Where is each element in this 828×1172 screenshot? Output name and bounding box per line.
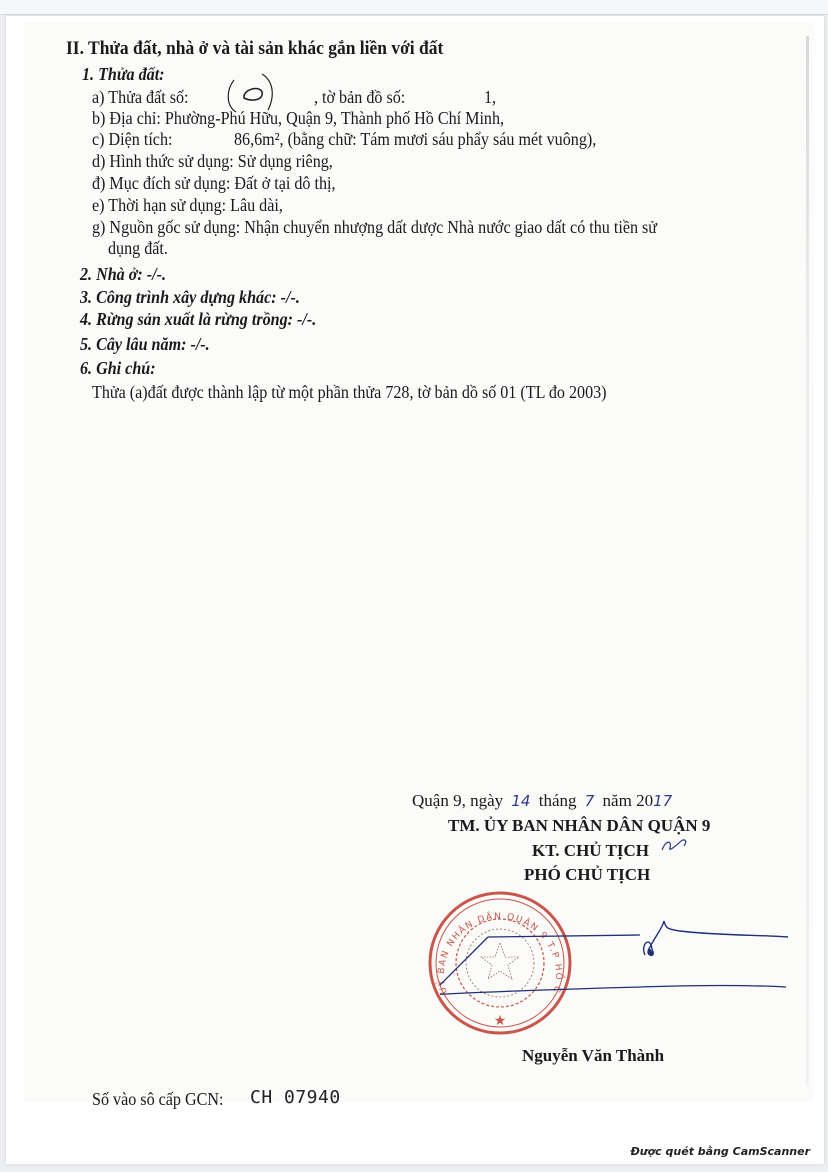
area-value: 86,6m², (bằng chữ: Tám mươi sáu phẩy sáu… bbox=[234, 128, 596, 150]
item-other-construction: 3. Công trình xây dựng khác: -/-. bbox=[80, 286, 300, 308]
month-label: tháng bbox=[539, 791, 577, 810]
gcn-register-number: CH 07940 bbox=[250, 1087, 341, 1109]
usage-origin-line-1: g) Nguồn gốc sử dụng: Nhận chuyển nhượng… bbox=[92, 216, 657, 238]
usage-form-line: d) Hình thức sử dụng: Sử dụng riêng, bbox=[92, 150, 333, 172]
parcel-number-label: a) Thửa đất số: bbox=[92, 86, 189, 108]
signer-role-1: KT. CHỦ TỊCH bbox=[532, 840, 649, 862]
usage-term-line: e) Thời hạn sử dụng: Lâu dài, bbox=[92, 194, 283, 216]
parcel-heading: 1. Thửa đất: bbox=[82, 63, 165, 85]
viewer-top-bar bbox=[0, 0, 828, 15]
signer-role-2: PHÓ CHỦ TỊCH bbox=[524, 864, 650, 886]
gcn-register-label: Số vào sô cấp GCN: bbox=[92, 1088, 223, 1110]
handwritten-signature bbox=[440, 915, 790, 1015]
date-day: 14 bbox=[511, 792, 530, 810]
paper-edge-shadow bbox=[806, 36, 809, 1086]
signer-name: Nguyễn Văn Thành bbox=[522, 1045, 664, 1067]
item-notes-heading: 6. Ghi chú: bbox=[80, 357, 156, 379]
camscanner-watermark: Được quét bằng CamScanner bbox=[631, 1145, 811, 1158]
usage-purpose-line: đ) Mục đích sử dụng: Đất ở tại dô thị, bbox=[92, 172, 336, 194]
item-production-forest: 4. Rừng sản xuất là rừng trồng: -/-. bbox=[80, 308, 316, 330]
section-title: II. Thửa đất, nhà ở và tài sản khác gắn … bbox=[66, 38, 443, 60]
map-sheet-value: 1, bbox=[484, 86, 496, 108]
issue-date-line: Quận 9, ngày 14 tháng 7 năm 2017 bbox=[412, 790, 672, 812]
date-prefix: Quận 9, ngày bbox=[412, 791, 503, 810]
item-perennial-trees: 5. Cây lâu năm: -/-. bbox=[80, 333, 210, 355]
year-label: năm 20 bbox=[603, 791, 654, 810]
initials-mark bbox=[660, 834, 690, 854]
date-year-suffix: 17 bbox=[653, 792, 672, 810]
map-sheet-label: , tờ bản đồ số: bbox=[314, 86, 405, 108]
area-label: c) Diện tích: bbox=[92, 128, 172, 150]
item-house: 2. Nhà ở: -/-. bbox=[80, 263, 166, 285]
address-line: b) Địa chỉ: Phường-Phú Hữu, Quận 9, Thàn… bbox=[92, 107, 504, 129]
notes-text: Thửa (a)đất được thành lập từ một phần t… bbox=[92, 381, 607, 403]
usage-origin-line-2: dụng đất. bbox=[108, 237, 168, 259]
date-month: 7 bbox=[585, 792, 595, 810]
svg-text:★: ★ bbox=[494, 1013, 507, 1029]
